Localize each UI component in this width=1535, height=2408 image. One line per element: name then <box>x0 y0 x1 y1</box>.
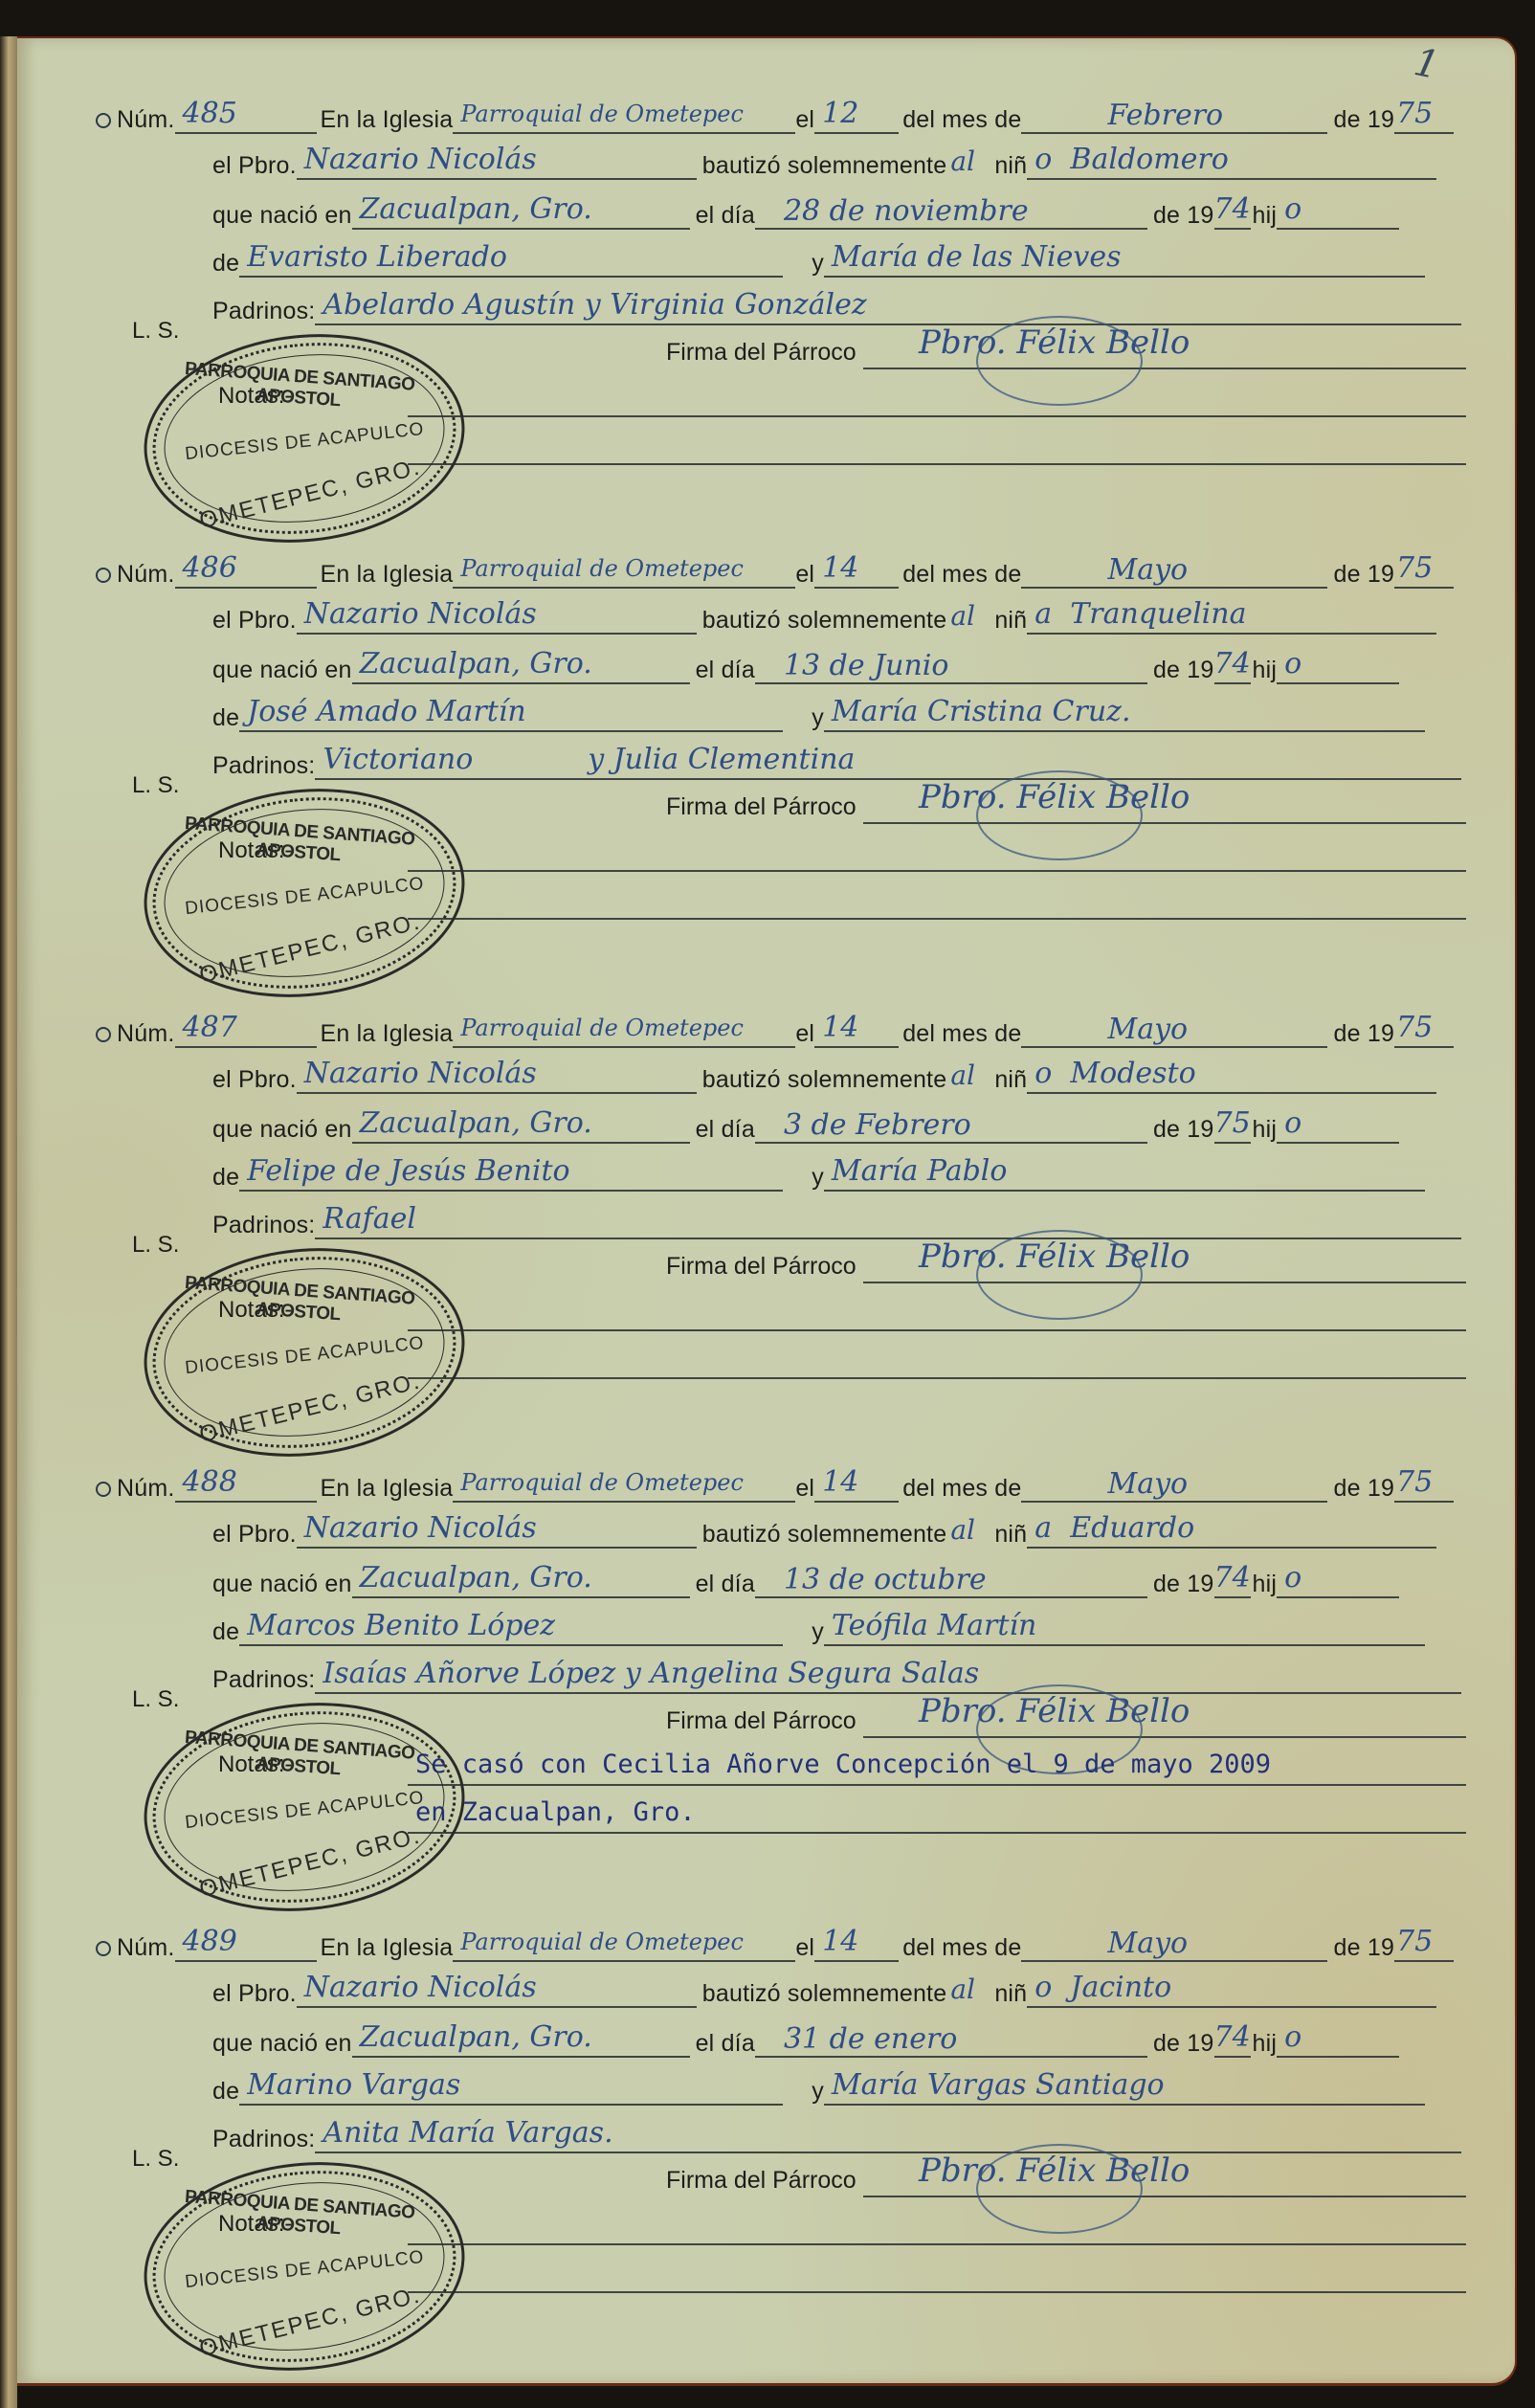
label-el: el <box>795 1020 814 1048</box>
label-padrinos: Padrinos: <box>212 1666 315 1694</box>
label-y: y <box>812 250 824 278</box>
label-nacio: que nació en <box>212 202 352 230</box>
label-nacio: que nació en <box>212 1116 352 1144</box>
label-year: de 19 <box>1333 1475 1394 1503</box>
notes-line-2 <box>408 1377 1466 1379</box>
label-bautizo: bautizó solemnemente <box>702 1066 947 1094</box>
hole-punch-icon <box>96 1482 111 1497</box>
label-num: Núm. <box>117 1475 175 1503</box>
baptism-year: 75 <box>1394 100 1454 134</box>
label-dia: el día <box>696 202 755 230</box>
label-padrinos: Padrinos: <box>212 2126 315 2153</box>
label-iglesia: En la Iglesia <box>321 1475 454 1503</box>
label-y: y <box>812 704 824 732</box>
label-birth-year: de 19 <box>1153 657 1214 684</box>
seal-middle-text: DIOCESIS DE ACAPULCO <box>173 1332 436 1381</box>
label-birth-year: de 19 <box>1153 202 1214 230</box>
mother-name: María de las Nieves <box>824 243 1425 278</box>
label-de: de <box>212 1618 239 1646</box>
label-pbro: el Pbro. <box>212 1980 297 2008</box>
label-firma: Firma del Párroco <box>666 1253 856 1281</box>
label-nino: niñ <box>994 152 1027 180</box>
label-pbro: el Pbro. <box>212 607 297 635</box>
baptism-year: 75 <box>1394 554 1454 589</box>
label-firma: Firma del Párroco <box>666 339 856 367</box>
label-birth-year: de 19 <box>1153 1571 1214 1598</box>
church-name: Parroquial de Ometepec <box>453 1468 795 1503</box>
label-pbro: el Pbro. <box>212 1521 297 1549</box>
birthplace: Zacualpan, Gro. <box>352 650 690 684</box>
birth-date: 13 de Junio <box>755 652 1147 684</box>
priest-name: Nazario Nicolás <box>297 1059 697 1094</box>
father-name: Marino Vargas <box>239 2071 783 2106</box>
birth-year: 74 <box>1214 2023 1251 2058</box>
label-firma: Firma del Párroco <box>666 793 856 821</box>
hij-suffix: o <box>1277 1109 1399 1144</box>
baptism-year: 75 <box>1394 1468 1454 1503</box>
label-num: Núm. <box>117 106 175 134</box>
label-iglesia: En la Iglesia <box>321 561 454 589</box>
birthplace: Zacualpan, Gro. <box>352 195 690 230</box>
child-name: o Jacinto <box>1027 1973 1436 2008</box>
birth-date: 28 de noviembre <box>755 197 1147 230</box>
label-bautizo: bautizó solemnemente <box>702 1521 947 1549</box>
seal-top-text: PARROQUIA DE SANTIAGO APOSTOL <box>178 2187 419 2245</box>
label-nino: niñ <box>994 1521 1027 1549</box>
birth-year: 74 <box>1214 1564 1251 1598</box>
label-year: de 19 <box>1333 106 1394 134</box>
al-text: al <box>946 147 979 180</box>
church-name: Parroquial de Ometepec <box>453 1014 795 1048</box>
birth-year: 74 <box>1214 195 1251 230</box>
label-nacio: que nació en <box>212 657 352 684</box>
label-firma: Firma del Párroco <box>666 2167 856 2195</box>
label-hij: hij <box>1253 202 1278 230</box>
priest-name: Nazario Nicolás <box>297 145 697 180</box>
mother-name: Teófila Martín <box>824 1612 1425 1646</box>
notes-line-2 <box>408 918 1466 920</box>
label-mes: del mes de <box>902 561 1021 589</box>
entry-number: 486 <box>175 554 317 589</box>
label-iglesia: En la Iglesia <box>321 1934 454 1962</box>
notes-line-1 <box>408 415 1466 417</box>
birth-date: 3 de Febrero <box>755 1111 1147 1144</box>
entry-number: 485 <box>175 100 317 134</box>
signature-flourish <box>976 316 1143 406</box>
child-name: a Eduardo <box>1027 1514 1436 1549</box>
label-ls: L. S. <box>132 318 179 345</box>
label-padrinos: Padrinos: <box>212 298 315 325</box>
birth-date: 13 de octubre <box>755 1566 1147 1598</box>
baptism-day: 14 <box>814 1014 899 1048</box>
father-name: Felipe de Jesús Benito <box>239 1157 783 1192</box>
signature-line <box>863 822 1466 824</box>
label-iglesia: En la Iglesia <box>321 106 454 134</box>
label-dia: el día <box>696 1116 755 1144</box>
label-year: de 19 <box>1333 561 1394 589</box>
label-birth-year: de 19 <box>1153 2030 1214 2058</box>
label-mes: del mes de <box>902 106 1021 134</box>
label-num: Núm. <box>117 1020 175 1048</box>
label-de: de <box>212 250 239 278</box>
notes-line-1 <box>408 1329 1466 1331</box>
father-name: Marcos Benito López <box>239 1612 783 1646</box>
seal-middle-text: DIOCESIS DE ACAPULCO <box>173 418 436 467</box>
priest-name: Nazario Nicolás <box>297 1973 697 2008</box>
baptism-month: Mayo <box>1021 1470 1327 1503</box>
label-ls: L. S. <box>132 1686 179 1713</box>
signature-line <box>863 1736 1466 1738</box>
godparents: Victorianoy Julia Clementina <box>315 746 1461 780</box>
label-num: Núm. <box>117 1934 175 1962</box>
seal-top-text: PARROQUIA DE SANTIAGO APOSTOL <box>178 814 419 872</box>
label-padrinos: Padrinos: <box>212 752 315 780</box>
father-name: Evaristo Liberado <box>239 243 783 278</box>
seal-middle-text: DIOCESIS DE ACAPULCO <box>173 873 436 922</box>
label-ls: L. S. <box>132 772 179 799</box>
signature-flourish <box>976 2144 1143 2234</box>
note-line-1: Se casó con Cecilia Añorve Concepción el… <box>415 1750 1271 1779</box>
label-hij: hij <box>1253 657 1278 684</box>
label-de: de <box>212 704 239 732</box>
label-bautizo: bautizó solemnemente <box>702 1980 947 2008</box>
label-mes: del mes de <box>902 1934 1021 1962</box>
label-pbro: el Pbro. <box>212 1066 297 1094</box>
label-padrinos: Padrinos: <box>212 1212 315 1239</box>
baptism-month: Mayo <box>1021 1015 1327 1048</box>
baptism-month: Febrero <box>1021 101 1327 134</box>
label-pbro: el Pbro. <box>212 152 297 180</box>
baptism-day: 14 <box>814 1468 899 1503</box>
godparents: Anita María Vargas. <box>315 2119 1461 2153</box>
label-ls: L. S. <box>132 1232 179 1259</box>
signature-flourish <box>976 1230 1143 1320</box>
label-num: Núm. <box>117 561 175 589</box>
al-text: al <box>946 1061 979 1094</box>
label-year: de 19 <box>1333 1934 1394 1962</box>
birth-year: 74 <box>1214 650 1251 684</box>
godparents: Isaías Añorve López y Angelina Segura Sa… <box>315 1660 1461 1694</box>
label-el: el <box>795 1475 814 1503</box>
label-hij: hij <box>1253 1571 1278 1598</box>
notes-line-2 <box>408 1832 1466 1834</box>
baptism-year: 75 <box>1394 1014 1454 1048</box>
baptism-month: Mayo <box>1021 1929 1327 1962</box>
label-nino: niñ <box>994 1066 1027 1094</box>
label-dia: el día <box>696 2030 755 2058</box>
baptism-day: 12 <box>814 100 899 134</box>
entry-number: 487 <box>175 1014 317 1048</box>
label-iglesia: En la Iglesia <box>321 1020 454 1048</box>
entry-number: 488 <box>175 1468 317 1503</box>
label-hij: hij <box>1253 1116 1278 1144</box>
baptism-day: 14 <box>814 554 899 589</box>
label-de: de <box>212 2078 239 2106</box>
birthplace: Zacualpan, Gro. <box>352 1109 690 1144</box>
label-y: y <box>812 1164 824 1192</box>
child-name: o Baldomero <box>1027 145 1436 180</box>
label-firma: Firma del Párroco <box>666 1707 856 1735</box>
godparents: Abelardo Agustín y Virginia González <box>315 291 1461 325</box>
mother-name: María Cristina Cruz. <box>824 698 1425 732</box>
al-text: al <box>946 1975 979 2008</box>
label-el: el <box>795 106 814 134</box>
signature-line <box>863 368 1466 369</box>
seal-middle-text: DIOCESIS DE ACAPULCO <box>173 2246 436 2295</box>
hole-punch-icon <box>96 113 111 128</box>
label-nino: niñ <box>994 607 1027 635</box>
notes-line-1 <box>408 1784 1466 1786</box>
seal-top-text: PARROQUIA DE SANTIAGO APOSTOL <box>178 1273 419 1331</box>
church-name: Parroquial de Ometepec <box>453 100 795 134</box>
label-de: de <box>212 1164 239 1192</box>
baptism-day: 14 <box>814 1928 899 1962</box>
church-name: Parroquial de Ometepec <box>453 1928 795 1962</box>
label-y: y <box>812 2078 824 2106</box>
al-text: al <box>946 602 979 635</box>
label-mes: del mes de <box>902 1475 1021 1503</box>
hole-punch-icon <box>96 568 111 583</box>
godparents: Rafael <box>315 1205 1461 1239</box>
label-bautizo: bautizó solemnemente <box>702 152 947 180</box>
label-dia: el día <box>696 657 755 684</box>
seal-top-text: PARROQUIA DE SANTIAGO APOSTOL <box>178 359 419 417</box>
label-mes: del mes de <box>902 1020 1021 1048</box>
signature-flourish <box>976 770 1143 860</box>
baptism-year: 75 <box>1394 1928 1454 1962</box>
label-dia: el día <box>696 1571 755 1598</box>
birthplace: Zacualpan, Gro. <box>352 1564 690 1598</box>
birth-date: 31 de enero <box>755 2025 1147 2058</box>
label-bautizo: bautizó solemnemente <box>702 607 947 635</box>
church-name: Parroquial de Ometepec <box>453 554 795 589</box>
hole-punch-icon <box>96 1027 111 1042</box>
book-spine <box>0 36 17 2408</box>
label-ls: L. S. <box>132 2146 179 2173</box>
mother-name: María Pablo <box>824 1157 1425 1192</box>
label-el: el <box>795 561 814 589</box>
al-text: al <box>946 1516 979 1549</box>
label-y: y <box>812 1618 824 1646</box>
signature-line <box>863 2196 1466 2197</box>
seal-middle-text: DIOCESIS DE ACAPULCO <box>173 1787 436 1836</box>
label-nacio: que nació en <box>212 2030 352 2058</box>
label-nacio: que nació en <box>212 1571 352 1598</box>
notes-line-1 <box>408 870 1466 872</box>
priest-name: Nazario Nicolás <box>297 600 697 635</box>
hole-punch-icon <box>96 1941 111 1956</box>
baptism-month: Mayo <box>1021 556 1327 589</box>
birthplace: Zacualpan, Gro. <box>352 2023 690 2058</box>
label-nino: niñ <box>994 1980 1027 2008</box>
mother-name: María Vargas Santiago <box>824 2071 1425 2106</box>
seal-top-text: PARROQUIA DE SANTIAGO APOSTOL <box>178 1728 419 1786</box>
notes-line-1 <box>408 2243 1466 2245</box>
child-name: o Modesto <box>1027 1059 1436 1094</box>
notes-line-2 <box>408 463 1466 465</box>
hij-suffix: o <box>1277 2023 1399 2058</box>
label-year: de 19 <box>1333 1020 1394 1048</box>
father-name: José Amado Martín <box>239 698 783 732</box>
child-name: a Tranquelina <box>1027 600 1436 635</box>
label-birth-year: de 19 <box>1153 1116 1214 1144</box>
entry-number: 489 <box>175 1928 317 1962</box>
signature-line <box>863 1282 1466 1283</box>
label-hij: hij <box>1253 2030 1278 2058</box>
label-el: el <box>795 1934 814 1962</box>
priest-name: Nazario Nicolás <box>297 1514 697 1549</box>
hij-suffix: o <box>1277 1564 1399 1598</box>
birth-year: 75 <box>1214 1109 1251 1144</box>
notes-line-2 <box>408 2291 1466 2293</box>
hij-suffix: o <box>1277 195 1399 230</box>
hij-suffix: o <box>1277 650 1399 684</box>
